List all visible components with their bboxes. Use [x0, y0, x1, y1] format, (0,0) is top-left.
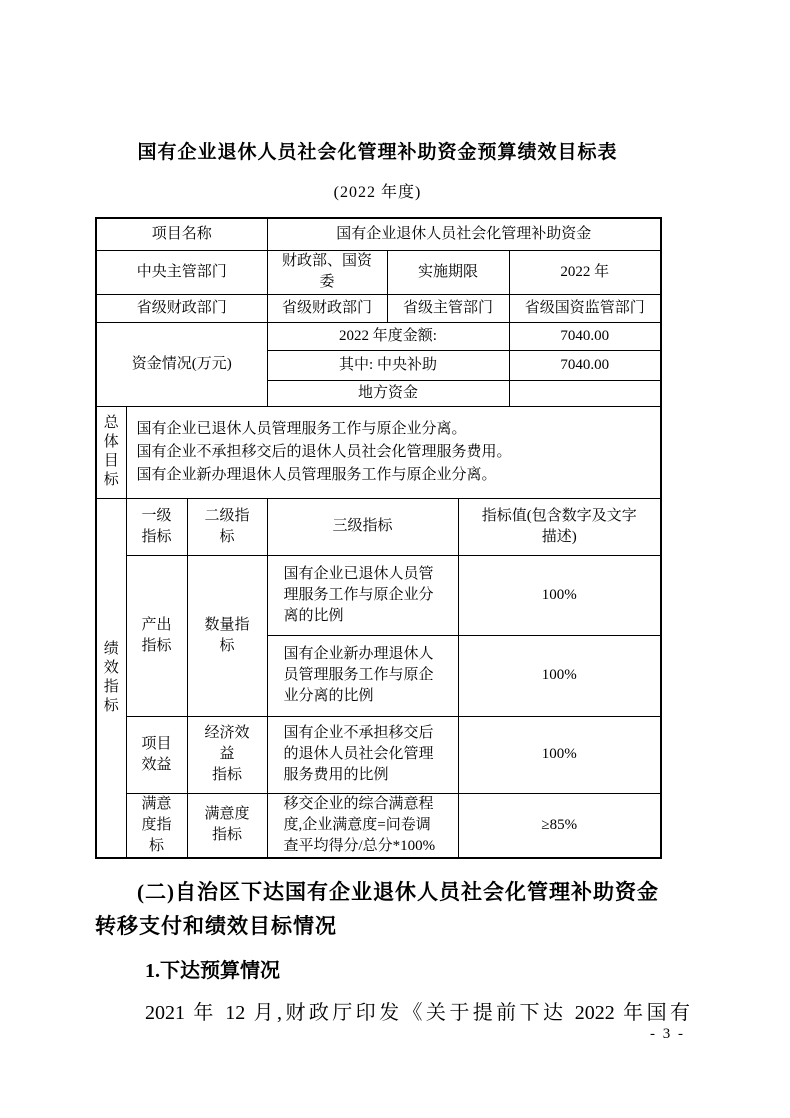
- sub-heading: 1.下达预算情况: [95, 956, 690, 986]
- period-value: 2022 年: [509, 250, 661, 294]
- prov-dept-label: 省级主管部门: [387, 294, 509, 322]
- period-label: 实施期限: [387, 250, 509, 294]
- prov-finance-label: 省级财政部门: [96, 294, 267, 322]
- funds-annual-value: 7040.00: [509, 322, 661, 350]
- indicator-satisf-l2: 满意度指标: [187, 793, 267, 858]
- indicator-row1-value: 100%: [458, 555, 661, 635]
- funds-local-value: [509, 380, 661, 406]
- indicator-row2-l3: 国有企业新办理退休人员管理服务工作与原企业分离的比例: [267, 635, 458, 716]
- section-heading-line2: 转移支付和绩效目标情况: [95, 909, 690, 943]
- page-number: - 3 -: [650, 1026, 685, 1043]
- indicator-row2-value: 100%: [458, 635, 661, 716]
- table-row: 省级财政部门 省级财政部门 省级主管部门 省级国资监管部门: [96, 294, 661, 322]
- indicator-satisf-l1: 满意度指标: [126, 793, 187, 858]
- header-level1: 一级指标: [126, 498, 187, 555]
- page-title: 国有企业退休人员社会化管理补助资金预算绩效目标表: [95, 140, 660, 166]
- funds-central-value: 7040.00: [509, 350, 661, 380]
- central-dept-value: 财政部、国资委: [267, 250, 387, 294]
- indicator-row4-value: ≥85%: [458, 793, 661, 858]
- indicator-row3-value: 100%: [458, 716, 661, 793]
- table-row: 满意度指标 满意度指标 移交企业的综合满意程度,企业满意度=问卷调查平均得分/总…: [96, 793, 661, 858]
- table-row: 总 体 目 标 国有企业已退休人员管理服务工作与原企业分离。 国有企业不承担移交…: [96, 406, 661, 498]
- page-subtitle: (2022 年度): [95, 179, 660, 202]
- indicator-row4-l3: 移交企业的综合满意程度,企业满意度=问卷调查平均得分/总分*100%: [267, 793, 458, 858]
- section-heading-line1: (二)自治区下达国有企业退休人员社会化管理补助资金: [95, 875, 690, 909]
- funds-annual-label: 2022 年度金额:: [267, 322, 509, 350]
- central-dept-label: 中央主管部门: [96, 250, 267, 294]
- header-level2: 二级指标: [187, 498, 267, 555]
- prov-dept-value: 省级国资监管部门: [509, 294, 661, 322]
- project-name-label: 项目名称: [96, 218, 267, 250]
- table-row: 项目名称 国有企业退休人员社会化管理补助资金: [96, 218, 661, 250]
- prov-finance-value: 省级财政部门: [267, 294, 387, 322]
- overall-goal-text: 国有企业已退休人员管理服务工作与原企业分离。 国有企业不承担移交后的退休人员社会…: [126, 406, 661, 498]
- document-content: 国有企业退休人员社会化管理补助资金预算绩效目标表 (2022 年度) 项目名称 …: [95, 140, 690, 1028]
- funds-label: 资金情况(万元): [96, 322, 267, 406]
- indicator-row3-l3: 国有企业不承担移交后的退休人员社会化管理服务费用的比例: [267, 716, 458, 793]
- perf-indicator-label: 绩 效 指 标: [96, 498, 126, 858]
- table-row: 绩 效 指 标 一级指标 二级指标 三级指标 指标值(包含数字及文字描述): [96, 498, 661, 555]
- indicator-row1-l3: 国有企业已退休人员管理服务工作与原企业分离的比例: [267, 555, 458, 635]
- funds-local-label: 地方资金: [267, 380, 509, 406]
- header-value: 指标值(包含数字及文字描述): [458, 498, 661, 555]
- indicator-benefit-l1: 项目效益: [126, 716, 187, 793]
- indicator-econ-l2: 经济效 益 指标: [187, 716, 267, 793]
- table-row: 资金情况(万元) 2022 年度金额: 7040.00: [96, 322, 661, 350]
- project-name-value: 国有企业退休人员社会化管理补助资金: [267, 218, 661, 250]
- document-page: 国有企业退休人员社会化管理补助资金预算绩效目标表 (2022 年度) 项目名称 …: [0, 0, 790, 1118]
- overall-goal-label: 总 体 目 标: [96, 406, 126, 498]
- funds-central-label: 其中: 中央补助: [267, 350, 509, 380]
- indicator-quantity-l2: 数量指标: [187, 555, 267, 716]
- table-row: 中央主管部门 财政部、国资委 实施期限 2022 年: [96, 250, 661, 294]
- indicator-output-l1: 产出指标: [126, 555, 187, 716]
- table-row: 项目效益 经济效 益 指标 国有企业不承担移交后的退休人员社会化管理服务费用的比…: [96, 716, 661, 793]
- body-paragraph: 2021 年 12 月,财政厅印发《关于提前下达 2022 年国有: [95, 998, 690, 1028]
- section-heading: (二)自治区下达国有企业退休人员社会化管理补助资金 转移支付和绩效目标情况: [95, 875, 690, 943]
- budget-target-table: 项目名称 国有企业退休人员社会化管理补助资金 中央主管部门 财政部、国资委 实施…: [95, 217, 662, 859]
- table-row: 产出指标 数量指标 国有企业已退休人员管理服务工作与原企业分离的比例 100%: [96, 555, 661, 635]
- header-level3: 三级指标: [267, 498, 458, 555]
